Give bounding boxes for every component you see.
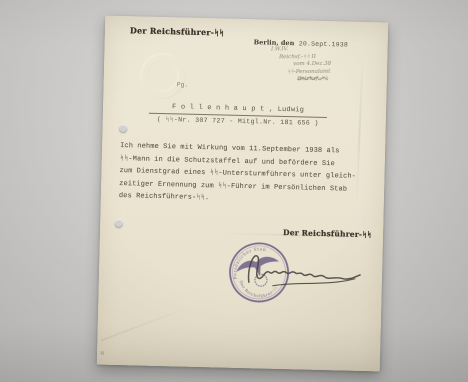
document-photo: Der Reichsführer-ᛋᛋ Berlin, den 20.Sept.… [0,0,468,382]
embossed-seal-icon [139,52,186,99]
himmler-signature [243,246,364,297]
paper-crease-diagonal [101,306,192,342]
pencil-note-line: Reichsf.-ᛋᛋ [297,76,371,84]
letterhead-top: Der Reichsführer-ᛋᛋ [130,25,225,37]
corner-pencil-mark: ¾ [100,351,104,357]
pencil-annotations: I.W.IV. Reichsf.-ᛋᛋ II vom 4.Dez.38 ᛋᛋ-P… [271,45,371,84]
letter-paper: Der Reichsführer-ᛋᛋ Berlin, den 20.Sept.… [97,16,388,372]
punch-hole [114,219,123,228]
letterhead-bottom: Der Reichsführer-ᛋᛋ [283,228,372,239]
pg-abbreviation: Pg. [177,81,189,88]
embossed-seal-inner-ring [146,60,179,93]
punch-hole [118,124,127,133]
recipient-block: F o l l e n h a u p t , Ludwig ( ᛋᛋ-Nr. … [143,103,333,128]
letter-body: Ich nehme Sie mit Wirkung vom 11.Septemb… [119,140,362,209]
